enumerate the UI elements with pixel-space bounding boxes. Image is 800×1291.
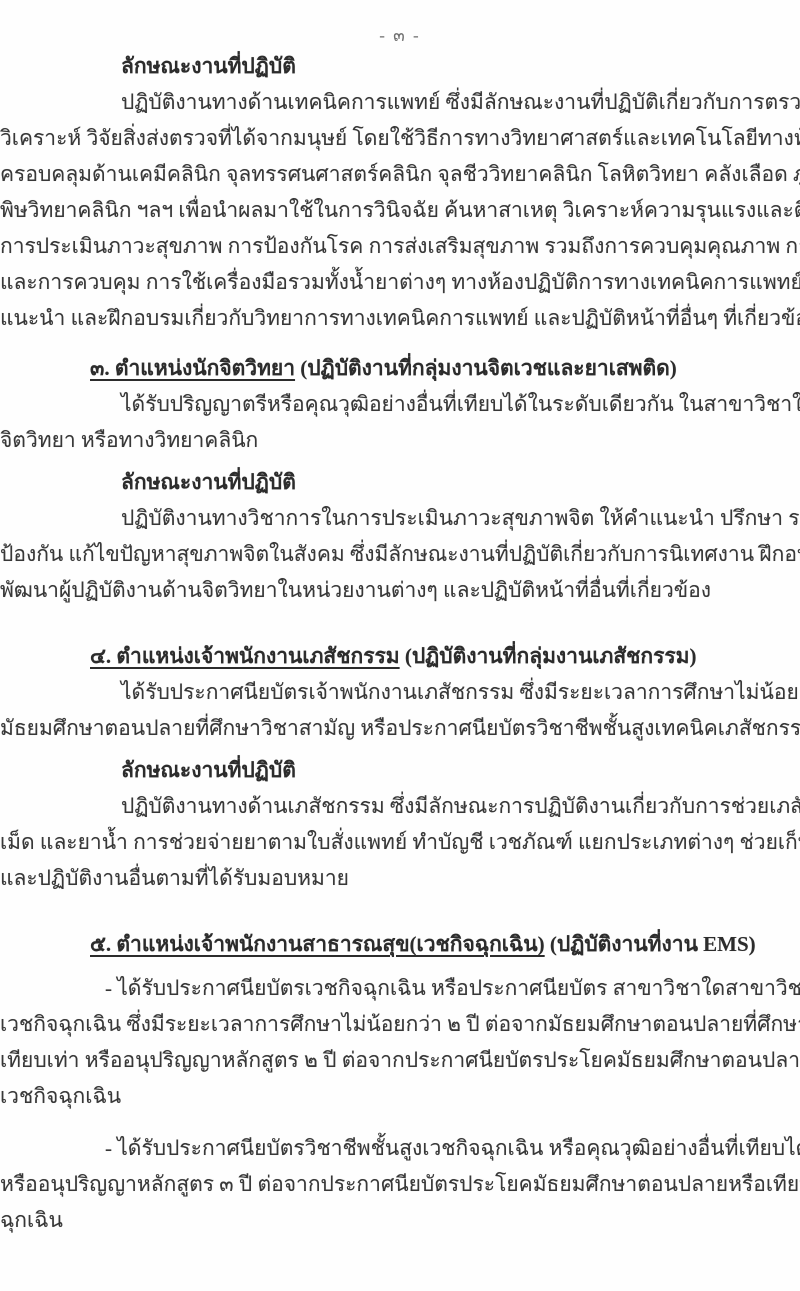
- text-line: ปฏิบัติงานทางด้านเภสัชกรรม ซึ่งมีลักษณะก…: [0, 788, 800, 824]
- text-line: ได้รับปริญญาตรีหรือคุณวุฒิอย่างอื่นที่เท…: [0, 386, 800, 422]
- text-line: พัฒนาผู้ปฏิบัติงานด้านจิตวิทยาในหน่วยงาน…: [0, 572, 800, 608]
- position-4-title-rest: (ปฏิบัติงานที่กลุ่มงานเภสัชกรรม): [400, 644, 697, 668]
- position-4-title: ๔. ตำแหน่งเจ้าพนักงานเภสัชกรรม (ปฏิบัติง…: [0, 638, 800, 674]
- text-line: เม็ด และยาน้ำ การช่วยจ่ายยาตามใบสั่งแพทย…: [0, 824, 800, 860]
- document-content: ลักษณะงานที่ปฏิบัติ ปฏิบัติงานทางด้านเทค…: [0, 48, 800, 1238]
- text-line: แนะนำ และฝึกอบรมเกี่ยวกับวิทยาการทางเทคน…: [0, 300, 800, 336]
- text-line: การประเมินภาวะสุขภาพ การป้องกันโรค การส่…: [0, 228, 800, 264]
- text-line: เวชกิจฉุกเฉิน ซึ่งมีระยะเวลาการศึกษาไม่น…: [0, 1006, 800, 1042]
- text-line: - ได้รับประกาศนียบัตรเวชกิจฉุกเฉิน หรือป…: [0, 970, 800, 1006]
- position-4-duties-heading: ลักษณะงานที่ปฏิบัติ: [0, 752, 800, 788]
- text-line: - ได้รับประกาศนียบัตรวิชาชีพชั้นสูงเวชกิ…: [0, 1130, 800, 1166]
- text-line: เวชกิจฉุกเฉิน: [0, 1078, 800, 1114]
- text-line: เทียบเท่า หรืออนุปริญญาหลักสูตร ๒ ปี ต่อ…: [0, 1042, 800, 1078]
- medtech-duties-heading: ลักษณะงานที่ปฏิบัติ: [0, 48, 800, 84]
- text-line: หรืออนุปริญญาหลักสูตร ๓ ปี ต่อจากประกาศน…: [0, 1166, 800, 1202]
- position-3-title-underlined: ๓. ตำแหน่งนักจิตวิทยา: [90, 356, 295, 380]
- page-number: - ๓ -: [0, 22, 800, 49]
- text-line: มัธยมศึกษาตอนปลายที่ศึกษาวิชาสามัญ หรือป…: [0, 710, 800, 746]
- text-line: ป้องกัน แก้ไขปัญหาสุขภาพจิตในสังคม ซึ่งม…: [0, 536, 800, 572]
- text-line: ได้รับประกาศนียบัตรเจ้าพนักงานเภสัชกรรม …: [0, 674, 800, 710]
- text-line: ครอบคลุมด้านเคมีคลินิก จุลทรรศนศาสตร์คลิ…: [0, 156, 800, 192]
- text-line: วิเคราะห์ วิจัยสิ่งส่งตรวจที่ได้จากมนุษย…: [0, 120, 800, 156]
- position-5-title-underlined: ๕. ตำแหน่งเจ้าพนักงานสาธารณสุข(เวชกิจฉุก…: [90, 932, 545, 956]
- position-3-title-rest: (ปฏิบัติงานที่กลุ่มงานจิตเวชและยาเสพติด): [295, 356, 677, 380]
- position-4-title-underlined: ๔. ตำแหน่งเจ้าพนักงานเภสัชกรรม: [90, 644, 400, 668]
- text-line: พิษวิทยาคลินิก ฯลฯ เพื่อนำผลมาใช้ในการวิ…: [0, 192, 800, 228]
- text-line: ปฏิบัติงานทางวิชาการในการประเมินภาวะสุขภ…: [0, 500, 800, 536]
- text-line: จิตวิทยา หรือทางวิทยาคลินิก: [0, 422, 800, 458]
- position-3-duties-heading: ลักษณะงานที่ปฏิบัติ: [0, 464, 800, 500]
- position-5-title: ๕. ตำแหน่งเจ้าพนักงานสาธารณสุข(เวชกิจฉุก…: [0, 926, 800, 962]
- text-line: ปฏิบัติงานทางด้านเทคนิคการแพทย์ ซึ่งมีลั…: [0, 84, 800, 120]
- text-line: ฉุกเฉิน: [0, 1202, 800, 1238]
- position-3-title: ๓. ตำแหน่งนักจิตวิทยา (ปฏิบัติงานที่กลุ่…: [0, 350, 800, 386]
- scanned-document-page: - ๓ - ลักษณะงานที่ปฏิบัติ ปฏิบัติงานทางด…: [0, 0, 800, 1291]
- text-line: และปฏิบัติงานอื่นตามที่ได้รับมอบหมาย: [0, 860, 800, 896]
- text-line: และการควบคุม การใช้เครื่องมือรวมทั้งน้ำย…: [0, 264, 800, 300]
- position-5-title-rest: (ปฏิบัติงานที่งาน EMS): [545, 932, 756, 956]
